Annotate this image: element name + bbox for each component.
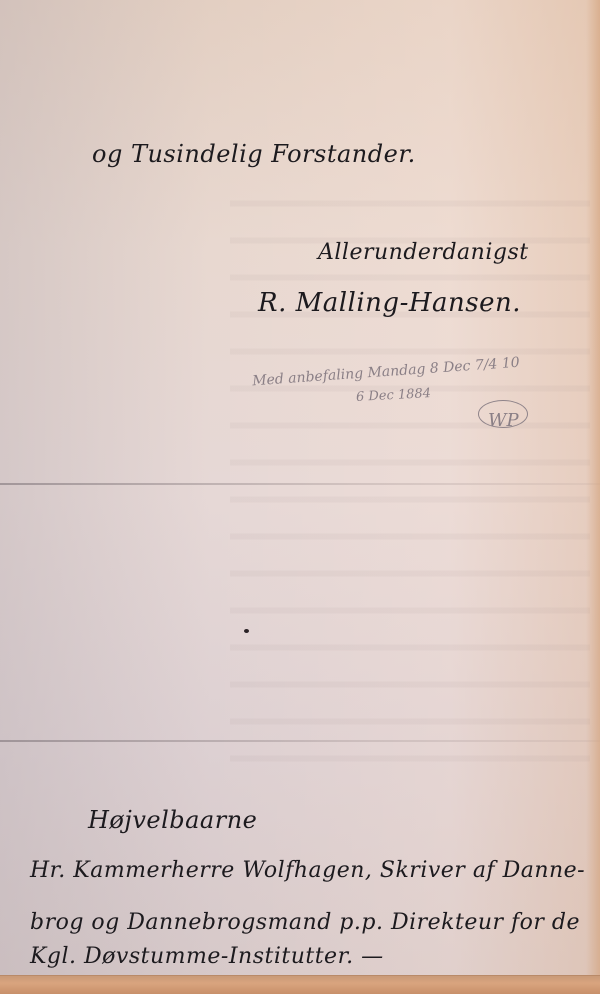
fold-line-upper xyxy=(0,483,600,485)
address-line-2: brog og Dannebrogsmand p.p. Direkteur fo… xyxy=(30,910,580,935)
honorific: Højvelbaarne xyxy=(88,806,257,834)
paper-bottom-edge xyxy=(0,975,600,994)
letter-page: og Tusindelig Forstander. Allerunderdani… xyxy=(0,0,600,994)
fold-line-lower xyxy=(0,740,600,742)
initials-mark: WP xyxy=(488,410,519,431)
signature: R. Malling-Hansen. xyxy=(258,288,521,318)
ink-spot xyxy=(244,629,249,633)
address-line-1: Hr. Kammerherre Wolfhagen, Skriver af Da… xyxy=(30,858,585,883)
address-line-3: Kgl. Døvstumme-Institutter. — xyxy=(30,944,384,969)
paper-edge-right xyxy=(586,0,600,994)
salutation-close: Allerunderdanigst xyxy=(318,240,529,265)
closing-line: og Tusindelig Forstander. xyxy=(92,140,416,168)
